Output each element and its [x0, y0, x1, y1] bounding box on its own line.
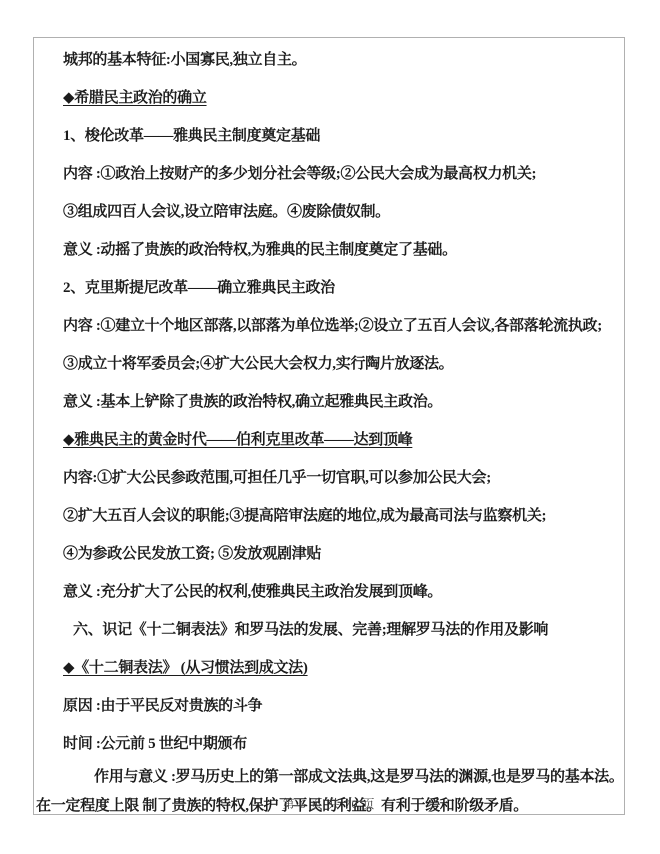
text-line: ③成立十将军委员会;④扩大公民大会权力,实行陶片放逐法。 — [63, 345, 622, 383]
sub-heading: 1、梭伦改革——雅典民主制度奠定基础 — [63, 117, 622, 155]
text-line: 内容:①扩大公民参政范围,可担任几乎一切官职,可以参加公民大会; — [63, 459, 622, 497]
text-line: 意义 :动摇了贵族的政治特权,为雅典的民主制度奠定了基础。 — [63, 231, 622, 269]
text-line: ④为参政公民发放工资; ⑤发放观剧津贴 — [63, 535, 622, 573]
text-line: 意义 :基本上铲除了贵族的政治特权,确立起雅典民主政治。 — [63, 383, 622, 421]
text-line: 内容 :①政治上按财产的多少划分社会等级;②公民大会成为最高权力机关; — [63, 155, 622, 193]
page-content: 城邦的基本特征:小国寡民,独立自主。 ◆希腊民主政治的确立 1、梭伦改革——雅典… — [63, 41, 622, 815]
text-line: 内容 :①建立十个地区部落,以部落为单位选举;②设立了五百人会议,各部落轮流执政… — [63, 307, 622, 345]
sub-heading: 六、识记《十二铜表法》和罗马法的发展、完善;理解罗马法的作用及影响 — [63, 611, 622, 649]
sub-heading: 2、克里斯提尼改革——确立雅典民主政治 — [63, 269, 622, 307]
text-line: 原因 :由于平民反对贵族的斗争 — [63, 687, 622, 725]
text-line: ②扩大五百人会议的职能;③提高陪审法庭的地位,成为最高司法与监察机关; — [63, 497, 622, 535]
page-footer: 第 6 页 共 70 页 — [34, 795, 624, 812]
text-line: 作用与意义 :罗马历史上的第一部成文法典,这是罗马法的渊源,也是罗马的基本法。 — [63, 763, 622, 792]
section-heading: ◆《十二铜表法》 (从习惯法到成文法) — [63, 649, 622, 687]
text-line: 意义 :充分扩大了公民的权利,使雅典民主政治发展到顶峰。 — [63, 573, 622, 611]
text-line: ③组成四百人会议,设立陪审法庭。④废除债奴制。 — [63, 193, 622, 231]
text-line: 城邦的基本特征:小国寡民,独立自主。 — [63, 41, 622, 79]
section-heading: ◆雅典民主的黄金时代——伯利克里改革——达到顶峰 — [63, 421, 622, 459]
document-page: 城邦的基本特征:小国寡民,独立自主。 ◆希腊民主政治的确立 1、梭伦改革——雅典… — [33, 37, 625, 815]
document-canvas: 城邦的基本特征:小国寡民,独立自主。 ◆希腊民主政治的确立 1、梭伦改革——雅典… — [0, 0, 660, 854]
section-heading: ◆希腊民主政治的确立 — [63, 79, 622, 117]
text-line: 时间 :公元前 5 世纪中期颁布 — [63, 725, 622, 763]
